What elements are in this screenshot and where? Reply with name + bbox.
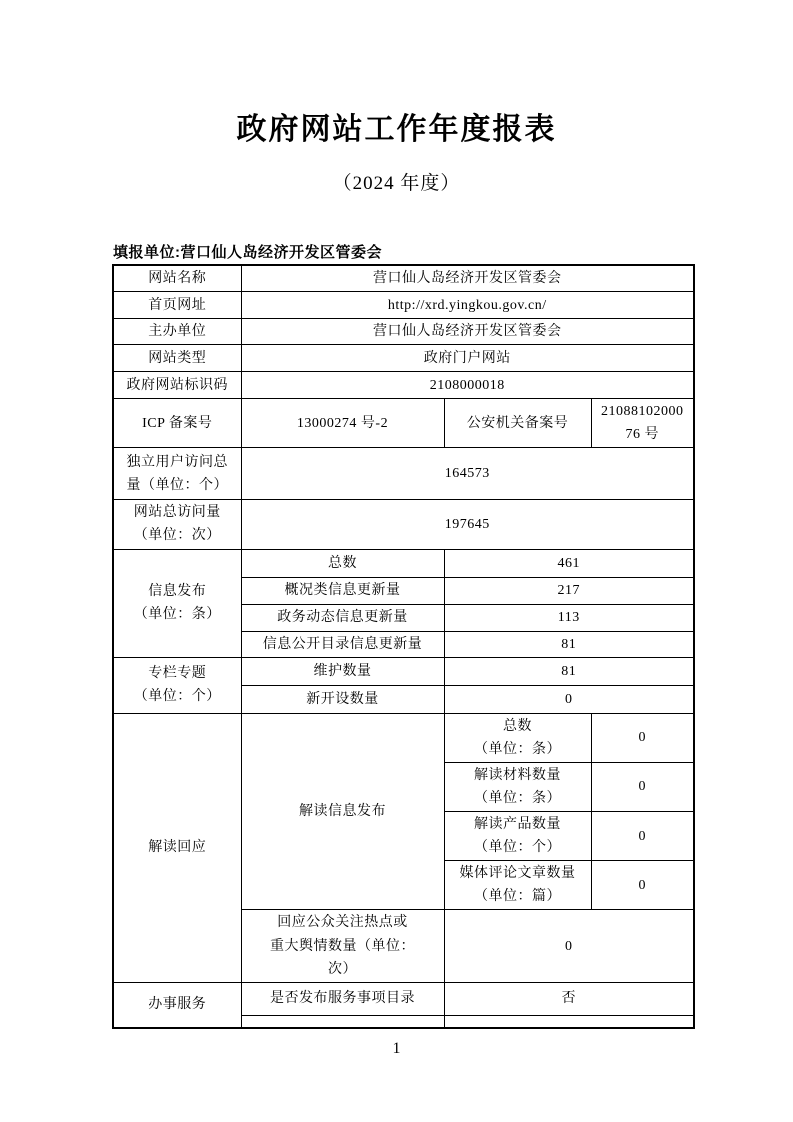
table-row: 信息发布 （单位：条） 总数 461	[113, 549, 694, 577]
table-row: 解读回应 解读信息发布 总数 （单位：条） 0	[113, 713, 694, 762]
table-row: 网站类型 政府门户网站	[113, 345, 694, 372]
hot-response-value-cell: 0	[444, 910, 694, 982]
hot-response-label-cell: 回应公众关注热点或 重大舆情数量（单位： 次）	[241, 910, 444, 982]
open-catalog-updates-label-cell: 信息公开目录信息更新量	[241, 631, 444, 657]
unique-visitors-value-cell: 164573	[241, 448, 694, 500]
special-columns-group-cell: 专栏专题 （单位：个）	[113, 657, 241, 713]
services-empty-value-cell	[444, 1015, 694, 1028]
interpretation-group-cell: 解读回应	[113, 713, 241, 982]
table-row: 政府网站标识码 2108000018	[113, 372, 694, 399]
table-row: 独立用户访问总 量（单位：个） 164573	[113, 448, 694, 500]
site-code-label-cell: 政府网站标识码	[113, 372, 241, 399]
new-opened-value-cell: 0	[444, 685, 694, 713]
overview-updates-value-cell: 217	[444, 577, 694, 604]
police-record-value-cell: 21088102000 76 号	[591, 399, 694, 448]
table-row: 首页网址 http://xrd.yingkou.gov.cn/	[113, 292, 694, 319]
overview-updates-label-cell: 概况类信息更新量	[241, 577, 444, 604]
media-articles-value-cell: 0	[591, 861, 694, 910]
info-publish-total-value-cell: 461	[444, 549, 694, 577]
gov-news-updates-label-cell: 政务动态信息更新量	[241, 604, 444, 631]
table-row: 主办单位 营口仙人岛经济开发区管委会	[113, 319, 694, 345]
interpretation-products-value-cell: 0	[591, 812, 694, 861]
icp-value-cell: 13000274 号-2	[241, 399, 444, 448]
interpretation-materials-label-cell: 解读材料数量 （单位：条）	[444, 762, 591, 811]
icp-label-cell: ICP 备案号	[113, 399, 241, 448]
interpretation-materials-value-cell: 0	[591, 762, 694, 811]
site-type-label-cell: 网站类型	[113, 345, 241, 372]
info-publish-total-label-cell: 总数	[241, 549, 444, 577]
total-visits-label-cell: 网站总访问量 （单位：次）	[113, 500, 241, 549]
services-catalog-value-cell: 否	[444, 982, 694, 1015]
page-title: 政府网站工作年度报表	[0, 104, 793, 148]
page-number: 1	[0, 1040, 793, 1058]
new-opened-label-cell: 新开设数量	[241, 685, 444, 713]
interpretation-total-value-cell: 0	[591, 713, 694, 762]
site-code-value-cell: 2108000018	[241, 372, 694, 399]
interpretation-total-label-cell: 总数 （单位：条）	[444, 713, 591, 762]
home-url-label-cell: 首页网址	[113, 292, 241, 319]
organizer-label-cell: 主办单位	[113, 319, 241, 345]
table-row: 网站总访问量 （单位：次） 197645	[113, 500, 694, 549]
services-group-cell: 办事服务	[113, 982, 241, 1028]
organizer-value-cell: 营口仙人岛经济开发区管委会	[241, 319, 694, 345]
unique-visitors-label-cell: 独立用户访问总 量（单位：个）	[113, 448, 241, 500]
total-visits-value-cell: 197645	[241, 500, 694, 549]
open-catalog-updates-value-cell: 81	[444, 631, 694, 657]
maintained-label-cell: 维护数量	[241, 657, 444, 685]
report-page: 政府网站工作年度报表 （2024 年度） 填报单位:营口仙人岛经济开发区管委会 …	[0, 0, 793, 1122]
site-type-value-cell: 政府门户网站	[241, 345, 694, 372]
table-row: 专栏专题 （单位：个） 维护数量 81	[113, 657, 694, 685]
gov-news-updates-value-cell: 113	[444, 604, 694, 631]
table-row: 办事服务 是否发布服务事项目录 否	[113, 982, 694, 1015]
reporting-unit-label: 填报单位:营口仙人岛经济开发区管委会	[113, 241, 382, 262]
annual-report-table: 网站名称 营口仙人岛经济开发区管委会 首页网址 http://xrd.yingk…	[112, 264, 695, 1029]
services-empty-label-cell	[241, 1015, 444, 1028]
home-url-value-cell: http://xrd.yingkou.gov.cn/	[241, 292, 694, 319]
interpretation-products-label-cell: 解读产品数量 （单位：个）	[444, 812, 591, 861]
table-row: ICP 备案号 13000274 号-2 公安机关备案号 21088102000…	[113, 399, 694, 448]
table-row: 网站名称 营口仙人岛经济开发区管委会	[113, 265, 694, 292]
maintained-value-cell: 81	[444, 657, 694, 685]
police-record-label-cell: 公安机关备案号	[444, 399, 591, 448]
site-name-value-cell: 营口仙人岛经济开发区管委会	[241, 265, 694, 292]
interpretation-publish-cell: 解读信息发布	[241, 713, 444, 910]
info-publish-group-cell: 信息发布 （单位：条）	[113, 549, 241, 657]
site-name-label-cell: 网站名称	[113, 265, 241, 292]
services-catalog-label-cell: 是否发布服务事项目录	[241, 982, 444, 1015]
report-year-subtitle: （2024 年度）	[0, 168, 793, 195]
media-articles-label-cell: 媒体评论文章数量 （单位：篇）	[444, 861, 591, 910]
